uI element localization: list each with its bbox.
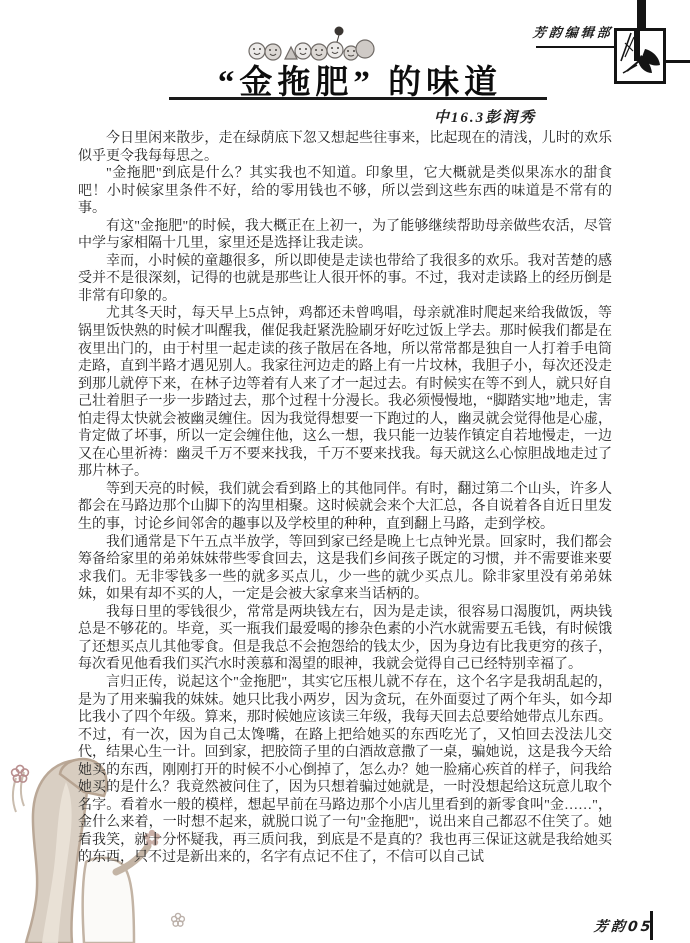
page-number-label: 芳韵05 bbox=[593, 916, 655, 936]
flower-icon bbox=[12, 765, 29, 782]
editorial-department-label: 芳韵编辑部 bbox=[532, 22, 620, 41]
paragraph: 我每日里的零钱很少，常常是两块钱左右，因为是走读，很容易口渴腹饥，两块钱总是不够… bbox=[78, 604, 612, 674]
magazine-page: 芳韵编辑部 bbox=[0, 0, 690, 943]
corner-rule-left bbox=[536, 46, 616, 48]
paragraph: 等到天亮的时候，我们就会看到路上的其他同伴。有时，翻过第二个山头，许多人都会在马… bbox=[78, 481, 612, 534]
corner-rule-right bbox=[666, 60, 690, 63]
essay-body: 今日里闲来散步，走在绿荫底下忽又想起些往事来，比起现在的清浅，儿时的欢乐似乎更令… bbox=[78, 130, 612, 867]
paragraph: 今日里闲来散步，走在绿荫底下忽又想起些往事来，比起现在的清浅，儿时的欢乐似乎更令… bbox=[78, 130, 612, 165]
author-byline: 中16.3彭润秀 bbox=[420, 106, 550, 127]
title-underline bbox=[169, 97, 547, 100]
paragraph: 尤其冬天时，每天早上5点钟，鸡都还未曾鸣唱，母亲就准时爬起来给我做饭，等锅里饭快… bbox=[78, 305, 612, 480]
paragraph: 幸而，小时候的童趣很多，所以即使是走读也带给了我很多的欢乐。我对苦楚的感受并不是… bbox=[78, 253, 612, 306]
paragraph: 有这"金拖肥"的时候，我大概正在上初一，为了能够继续帮助母亲做些农活，尽管中学与… bbox=[78, 218, 612, 253]
ink-bamboo-icon bbox=[614, 28, 666, 84]
footer-vertical-bar bbox=[650, 911, 653, 940]
flower-icon bbox=[172, 913, 185, 926]
paragraph: 言归正传，说起这个"金拖肥"，其实它压根儿就不存在，这个名字是我胡乱起的，是为了… bbox=[78, 674, 612, 867]
paragraph: 我们通常是下午五点半放学，等回到家已经是晚上七点钟光景。回家时，我们都会筹备给家… bbox=[78, 534, 612, 604]
page-title: “金拖肥” 的味道 bbox=[168, 56, 552, 103]
corner-vertical-bar bbox=[637, 0, 646, 31]
paragraph: "金拖肥"到底是什么？其实我也不知道。印象里，它大概就是类似果冻水的甜食吧！小时… bbox=[78, 165, 612, 218]
